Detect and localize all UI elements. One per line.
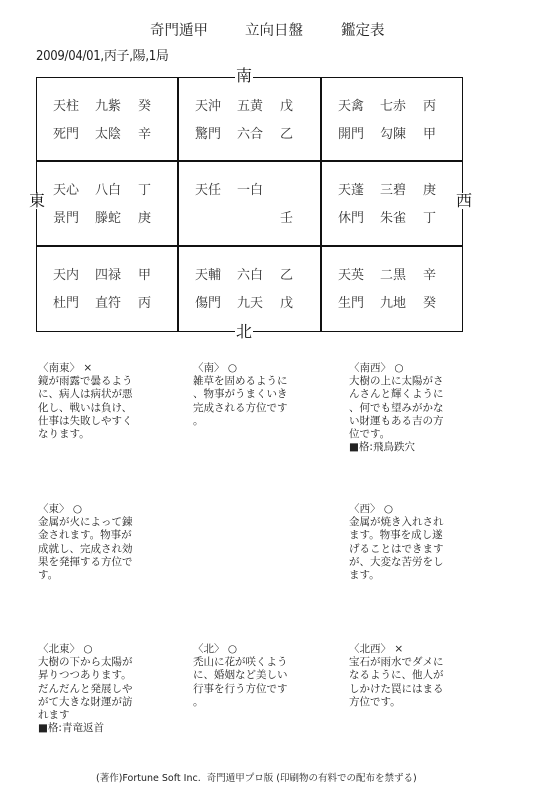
nine-star: 二黒	[380, 264, 406, 283]
star-name: 天蓬	[338, 179, 364, 198]
gate-name: 景門	[53, 207, 79, 226]
desc-line: 鏡が雨露で曇るよう	[38, 375, 168, 388]
desc-heading: 〈北西〉 ×	[349, 643, 479, 656]
nine-star: 九紫	[95, 95, 121, 114]
date-info: 2009/04/01,丙子,陽,1局	[36, 45, 169, 64]
desc-line: しかけた罠にはまる	[349, 683, 479, 696]
desc-line: 雑草を固めるように	[193, 375, 323, 388]
desc-line: に、病人は病状が悪	[38, 388, 168, 401]
desc-line: 宝石が雨水でダメに	[349, 656, 479, 669]
desc-line: 仕事は失敗しやすく	[38, 415, 168, 428]
heaven-stem: 乙	[280, 264, 293, 283]
desc-line: 。	[193, 415, 323, 428]
heaven-stem: 甲	[138, 264, 151, 283]
desc-line: 、何でも望みがかな	[349, 402, 479, 415]
heaven-stem: 戊	[280, 95, 293, 114]
desc-line: が、大変な苦労をし	[349, 556, 479, 569]
title-part-ritsukou: 立向日盤	[245, 19, 303, 40]
gate-name: 傷門	[195, 292, 221, 311]
heaven-stem: 庚	[423, 179, 436, 198]
desc-line: 大樹の下から太陽が	[38, 656, 168, 669]
grid-divider	[37, 160, 462, 162]
desc-line: 。	[193, 696, 323, 709]
desc-line: 成就し、完成され効	[38, 543, 168, 556]
desc-heading: 〈南東〉 ×	[38, 362, 168, 375]
desc-line: い財運もある吉の方	[349, 415, 479, 428]
nine-star: 三碧	[380, 179, 406, 198]
desc-heading: 〈南〉 ○	[193, 362, 323, 375]
earth-stem: 癸	[423, 292, 436, 311]
gate-name: 生門	[338, 292, 364, 311]
star-name: 天禽	[338, 95, 364, 114]
gate-name: 杜門	[53, 292, 79, 311]
desc-line: ます。物事を成し遂	[349, 529, 479, 542]
star-name: 天輔	[195, 264, 221, 283]
desc-heading: 〈北東〉 ○	[38, 643, 168, 656]
star-name: 天任	[195, 179, 221, 198]
deity-name: 直符	[95, 292, 121, 311]
star-name: 天英	[338, 264, 364, 283]
desc-line: 行事を行う方位です	[193, 683, 323, 696]
desc-line: がて大きな財運が訪	[38, 696, 168, 709]
desc-line: 金されます。物事が	[38, 529, 168, 542]
direction-south: 南	[235, 68, 253, 84]
desc-line: 金属が焼き入れされ	[349, 516, 479, 529]
earth-stem: 辛	[138, 123, 151, 142]
title-part-kanteihyou: 鑑定表	[341, 19, 385, 40]
gate-name: 驚門	[195, 123, 221, 142]
desc-heading: 〈北〉 ○	[193, 643, 323, 656]
desc-line: だんだんと発展しや	[38, 683, 168, 696]
heaven-stem: 癸	[138, 95, 151, 114]
desc-line: 完成される方位です	[193, 402, 323, 415]
deity-name: 朱雀	[380, 207, 406, 226]
desc-line: なります。	[38, 428, 168, 441]
grid-divider	[177, 78, 179, 331]
earth-stem: 甲	[423, 123, 436, 142]
deity-name: 六合	[237, 123, 263, 142]
desc-kaku: ■格:青竜返首	[38, 722, 168, 735]
desc-line: 禿山に花が咲くよう	[193, 656, 323, 669]
gate-name: 開門	[338, 123, 364, 142]
desc-northwest: 〈北西〉 × 宝石が雨水でダメに なるように、他人が しかけた罠にはまる 方位で…	[349, 643, 479, 709]
desc-heading: 〈東〉 ○	[38, 503, 168, 516]
deity-name: 勾陳	[380, 123, 406, 142]
desc-line: 、物事がうまくいき	[193, 388, 323, 401]
desc-line: 金属が火によって錬	[38, 516, 168, 529]
earth-stem: 庚	[138, 207, 151, 226]
earth-stem: 壬	[280, 207, 293, 226]
desc-east: 〈東〉 ○ 金属が火によって錬 金されます。物事が 成就し、完成され効 果を発揮…	[38, 503, 168, 582]
deity-name: 太陰	[95, 123, 121, 142]
desc-kaku: ■格:飛鳥跌穴	[349, 441, 479, 454]
direction-west: 西	[455, 193, 473, 209]
star-name: 天心	[53, 179, 79, 198]
direction-north: 北	[235, 324, 253, 340]
earth-stem: 戊	[280, 292, 293, 311]
desc-line: す。	[38, 569, 168, 582]
desc-line: 大樹の上に太陽がさ	[349, 375, 479, 388]
nine-star: 一白	[237, 179, 263, 198]
copyright-footer: (著作)Fortune Soft Inc. 奇門遁甲プロ版 (印刷物の有料での配…	[96, 770, 417, 784]
desc-line: 昇りつつあります。	[38, 669, 168, 682]
desc-line: ます。	[349, 569, 479, 582]
heaven-stem: 丁	[138, 179, 151, 198]
desc-line: れます	[38, 709, 168, 722]
desc-northeast: 〈北東〉 ○ 大樹の下から太陽が 昇りつつあります。 だんだんと発展しや がて大…	[38, 643, 168, 735]
desc-southeast: 〈南東〉 × 鏡が雨露で曇るよう に、病人は病状が悪 化し、戦いは負け、 仕事は…	[38, 362, 168, 441]
desc-line: 果を発揮する方位で	[38, 556, 168, 569]
desc-line: 位です。	[349, 428, 479, 441]
deity-name: 九地	[380, 292, 406, 311]
desc-west: 〈西〉 ○ 金属が焼き入れされ ます。物事を成し遂 げることはできます が、大変…	[349, 503, 479, 582]
desc-north: 〈北〉 ○ 禿山に花が咲くよう に、婚姻など美しい 行事を行う方位です 。	[193, 643, 323, 709]
desc-south: 〈南〉 ○ 雑草を固めるように 、物事がうまくいき 完成される方位です 。	[193, 362, 323, 428]
desc-heading: 〈西〉 ○	[349, 503, 479, 516]
desc-line: なるように、他人が	[349, 669, 479, 682]
desc-heading: 〈南西〉 ○	[349, 362, 479, 375]
star-name: 天沖	[195, 95, 221, 114]
desc-southwest: 〈南西〉 ○ 大樹の上に太陽がさ んさんと輝くように 、何でも望みがかな い財運…	[349, 362, 479, 454]
heaven-stem: 丙	[423, 95, 436, 114]
direction-east: 東	[28, 193, 46, 209]
earth-stem: 丙	[138, 292, 151, 311]
grid-divider	[37, 245, 462, 247]
desc-line: 化し、戦いは負け、	[38, 402, 168, 415]
desc-line: 方位です。	[349, 696, 479, 709]
nine-star: 四禄	[95, 264, 121, 283]
gate-name: 休門	[338, 207, 364, 226]
heaven-stem: 辛	[423, 264, 436, 283]
nine-star: 八白	[95, 179, 121, 198]
star-name: 天内	[53, 264, 79, 283]
deity-name: 九天	[237, 292, 263, 311]
nine-star: 七赤	[380, 95, 406, 114]
nine-star: 六白	[237, 264, 263, 283]
nine-star: 五黄	[237, 95, 263, 114]
grid-divider	[320, 78, 322, 331]
deity-name: 滕蛇	[95, 207, 121, 226]
title-part-kimon: 奇門遁甲	[150, 19, 208, 40]
desc-line: んさんと輝くように	[349, 388, 479, 401]
desc-line: げることはできます	[349, 543, 479, 556]
earth-stem: 丁	[423, 207, 436, 226]
gate-name: 死門	[53, 123, 79, 142]
desc-line: に、婚姻など美しい	[193, 669, 323, 682]
earth-stem: 乙	[280, 123, 293, 142]
star-name: 天柱	[53, 95, 79, 114]
